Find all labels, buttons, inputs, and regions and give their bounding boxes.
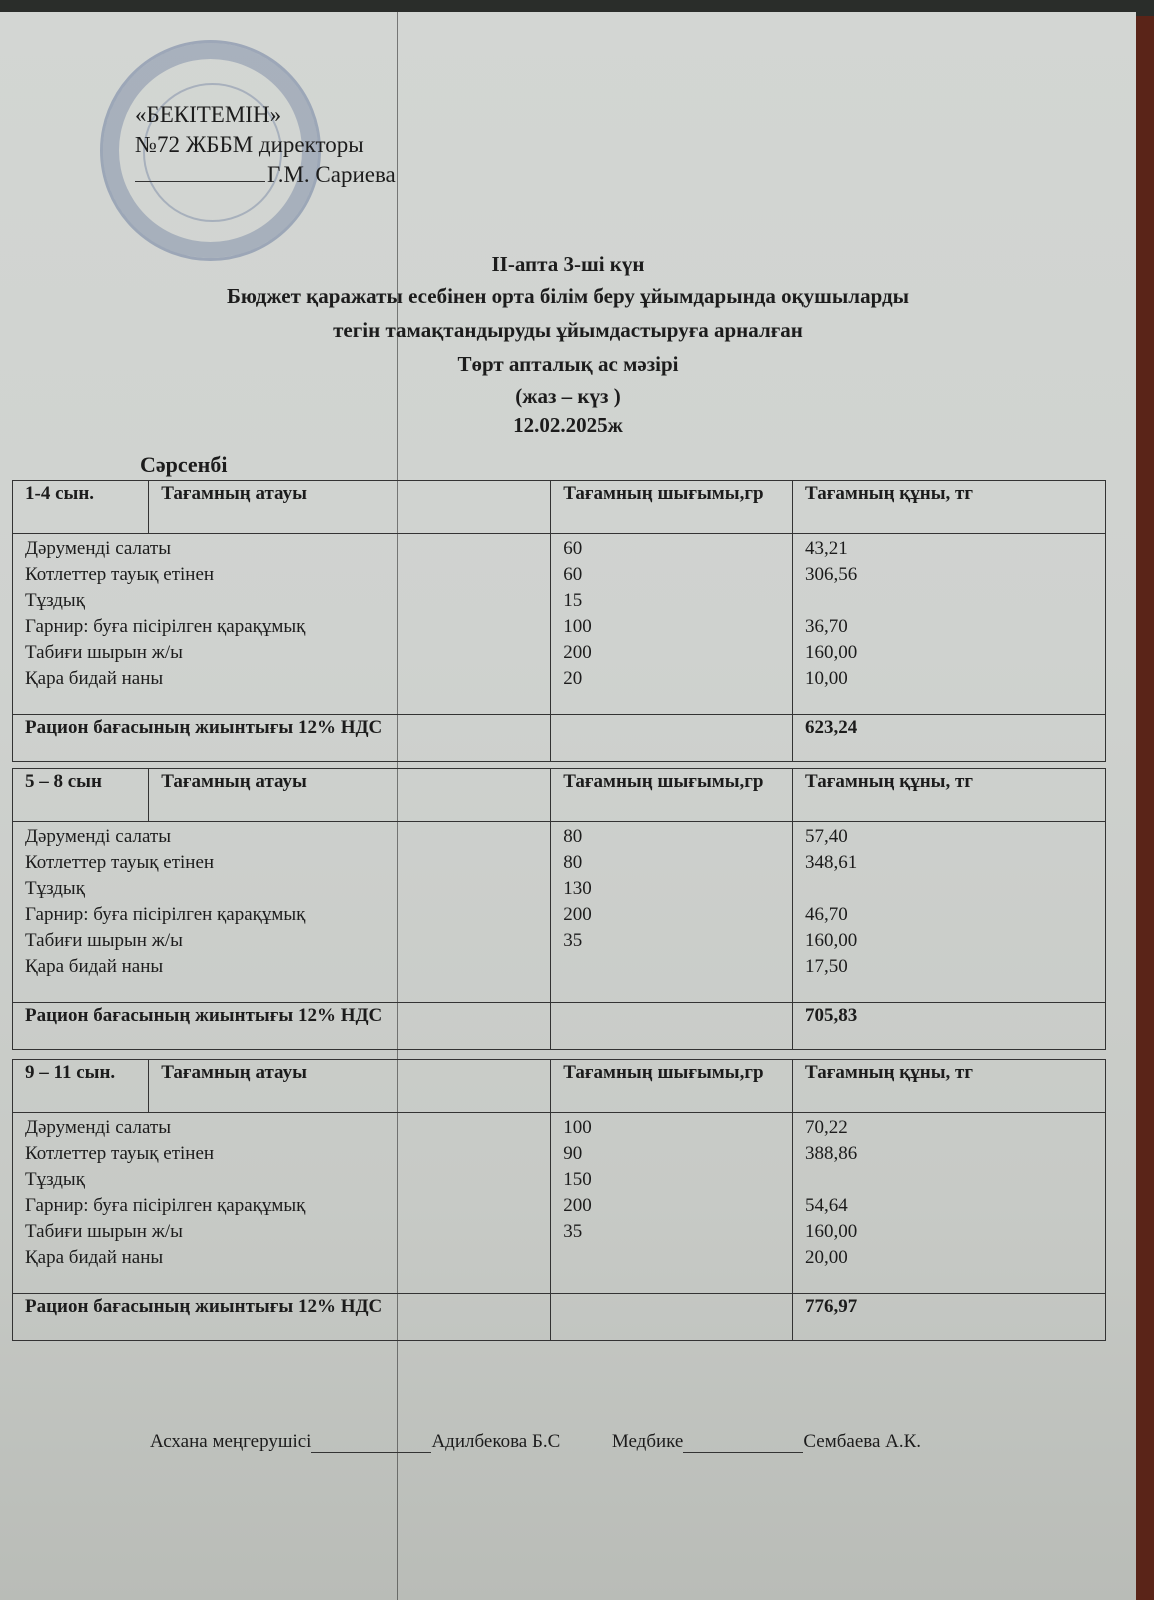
total-label: Рацион бағасының жиынтығы 12% НДС [13, 715, 551, 762]
table-row: Дәрумендi салатыКотлеттер тауық етіненТұ… [13, 822, 1106, 1003]
dish-price: 306,56 [805, 562, 1093, 588]
dish-name: Дәрумендi салаты [25, 536, 538, 562]
dish-price: 160,00 [805, 1219, 1093, 1245]
header-dish-name: Тағамның атауы [149, 1060, 551, 1113]
weekday-label: Сәрсенбі [140, 452, 227, 478]
canteen-label: Асхана меңгерушісі [150, 1431, 311, 1452]
dish-yield: 130 [563, 876, 780, 902]
dish-price: 160,00 [805, 640, 1093, 666]
dish-price: 54,64 [805, 1193, 1093, 1219]
total-value: 776,97 [793, 1294, 1106, 1341]
table-row: Дәрумендi салатыКотлеттер тауық етіненТұ… [13, 1113, 1106, 1294]
dish-price: 17,50 [805, 954, 1093, 980]
header-yield: Тағамның шығымы,гр [551, 1060, 793, 1113]
header-yield: Тағамның шығымы,гр [551, 481, 793, 534]
approval-name: Г.М. Сариева [267, 162, 396, 187]
header-price: Тағамның құны, тг [793, 769, 1106, 822]
dish-names-cell: Дәрумендi салатыКотлеттер тауық етіненТұ… [13, 1113, 551, 1294]
dish-name: Котлеттер тауық етінен [25, 562, 538, 588]
total-value: 705,83 [793, 1003, 1106, 1050]
prices-cell: 70,22388,8654,64160,0020,00 [793, 1113, 1106, 1294]
dish-price: 46,70 [805, 902, 1093, 928]
title-line-3: Төрт апталық ас мәзірі [0, 352, 1136, 377]
dish-yield: 15 [563, 588, 780, 614]
dish-name: Қара бидай наны [25, 1245, 538, 1271]
dish-yield: 60 [563, 562, 780, 588]
total-row: Рацион бағасының жиынтығы 12% НДС 623,24 [13, 715, 1106, 762]
total-empty-cell [551, 1003, 793, 1050]
dish-price: 57,40 [805, 824, 1093, 850]
nurse-label: Медбике [612, 1431, 684, 1452]
total-value: 623,24 [793, 715, 1106, 762]
dish-name: Табиғи шырын ж/ы [25, 640, 538, 666]
dish-price [805, 588, 1093, 614]
dish-name: Қара бидай наны [25, 954, 538, 980]
header-price: Тағамның құны, тг [793, 481, 1106, 534]
dish-name: Тұздық [25, 588, 538, 614]
dish-price: 20,00 [805, 1245, 1093, 1271]
prices-cell: 57,40348,6146,70160,0017,50 [793, 822, 1106, 1003]
table-header-row: 1-4 сын. Тағамның атауы Тағамның шығымы,… [13, 481, 1106, 534]
approval-position: №72 ЖББМ директоры [135, 130, 396, 160]
total-row: Рацион бағасының жиынтығы 12% НДС 776,97 [13, 1294, 1106, 1341]
total-empty-cell [551, 715, 793, 762]
header-price: Тағамның құны, тг [793, 1060, 1106, 1113]
dish-yield: 35 [563, 928, 780, 954]
dish-price: 70,22 [805, 1115, 1093, 1141]
canteen-name: Адилбекова Б.С [431, 1431, 560, 1452]
dish-name: Котлеттер тауық етінен [25, 850, 538, 876]
group-label: 9 – 11 сын. [13, 1060, 149, 1113]
dish-price: 388,86 [805, 1141, 1093, 1167]
dish-yield: 100 [563, 1115, 780, 1141]
approval-title: «БЕКІТЕМІН» [135, 100, 396, 130]
director-signature-icon [135, 181, 265, 182]
dish-name: Гарнир: буға пісірілген қарақұмық [25, 614, 538, 640]
dish-yield: 200 [563, 902, 780, 928]
dish-name: Дәрумендi салаты [25, 824, 538, 850]
dish-yield: 100 [563, 614, 780, 640]
menu-table: 5 – 8 сын Тағамның атауы Тағамның шығымы… [12, 768, 1106, 1050]
signatures-footer: Асхана меңгерушісі​Адилбекова Б.С Медбик… [150, 1430, 921, 1453]
total-empty-cell [551, 1294, 793, 1341]
group-label: 5 – 8 сын [13, 769, 149, 822]
menu-date: 12.02.2025ж [0, 413, 1136, 438]
dish-name: Табиғи шырын ж/ы [25, 928, 538, 954]
dish-name: Табиғи шырын ж/ы [25, 1219, 538, 1245]
dish-yield: 90 [563, 1141, 780, 1167]
title-line-2: тегін тамақтандыруды ұйымдастыруға арнал… [0, 318, 1136, 343]
dish-names-cell: Дәрумендi салатыКотлеттер тауық етіненТұ… [13, 534, 551, 715]
dish-yield: 150 [563, 1167, 780, 1193]
dish-price [805, 1167, 1093, 1193]
dish-yield: 60 [563, 536, 780, 562]
dish-names-cell: Дәрумендi салатыКотлеттер тауық етіненТұ… [13, 822, 551, 1003]
yields-cell: 60601510020020 [551, 534, 793, 715]
dish-yield [563, 1245, 780, 1271]
total-label: Рацион бағасының жиынтығы 12% НДС [13, 1294, 551, 1341]
header-yield: Тағамның шығымы,гр [551, 769, 793, 822]
menu-table: 9 – 11 сын. Тағамның атауы Тағамның шығы… [12, 1059, 1106, 1341]
dish-price: 348,61 [805, 850, 1093, 876]
header-dish-name: Тағамның атауы [149, 481, 551, 534]
dish-yield: 80 [563, 824, 780, 850]
group-label: 1-4 сын. [13, 481, 149, 534]
dish-name: Қара бидай наны [25, 666, 538, 692]
document-page: «БЕКІТЕМІН» №72 ЖББМ директоры Г.М. Сари… [0, 12, 1136, 1600]
dish-price: 10,00 [805, 666, 1093, 692]
nurse-name: Сембаева А.К. [803, 1431, 921, 1452]
dish-name: Котлеттер тауық етінен [25, 1141, 538, 1167]
dish-price [805, 876, 1093, 902]
dish-yield: 200 [563, 640, 780, 666]
dish-price: 160,00 [805, 928, 1093, 954]
dish-yield: 200 [563, 1193, 780, 1219]
table-row: Дәрумендi салатыКотлеттер тауық етіненТұ… [13, 534, 1106, 715]
dish-yield: 20 [563, 666, 780, 692]
yields-cell: 808013020035 [551, 822, 793, 1003]
nurse-signature-icon: ​ [683, 1430, 803, 1453]
week-day-heading: ІІ-апта 3-ші күн [0, 252, 1136, 277]
dish-name: Гарнир: буға пісірілген қарақұмық [25, 1193, 538, 1219]
dish-name: Тұздық [25, 1167, 538, 1193]
dish-price: 36,70 [805, 614, 1093, 640]
yields-cell: 1009015020035 [551, 1113, 793, 1294]
canteen-signature-icon: ​ [311, 1430, 431, 1453]
dish-yield: 35 [563, 1219, 780, 1245]
dish-yield [563, 954, 780, 980]
total-row: Рацион бағасының жиынтығы 12% НДС 705,83 [13, 1003, 1106, 1050]
menu-table: 1-4 сын. Тағамның атауы Тағамның шығымы,… [12, 480, 1106, 762]
table-header-row: 9 – 11 сын. Тағамның атауы Тағамның шығы… [13, 1060, 1106, 1113]
total-label: Рацион бағасының жиынтығы 12% НДС [13, 1003, 551, 1050]
prices-cell: 43,21306,5636,70160,0010,00 [793, 534, 1106, 715]
header-dish-name: Тағамның атауы [149, 769, 551, 822]
dish-yield: 80 [563, 850, 780, 876]
dish-name: Тұздық [25, 876, 538, 902]
season: (жаз – күз ) [0, 384, 1136, 409]
approval-block: «БЕКІТЕМІН» №72 ЖББМ директоры Г.М. Сари… [135, 100, 396, 190]
dish-name: Гарнир: буға пісірілген қарақұмық [25, 902, 538, 928]
table-header-row: 5 – 8 сын Тағамның атауы Тағамның шығымы… [13, 769, 1106, 822]
dish-name: Дәрумендi салаты [25, 1115, 538, 1141]
dish-price: 43,21 [805, 536, 1093, 562]
title-line-1: Бюджет қаражаты есебінен орта білім беру… [0, 284, 1136, 309]
